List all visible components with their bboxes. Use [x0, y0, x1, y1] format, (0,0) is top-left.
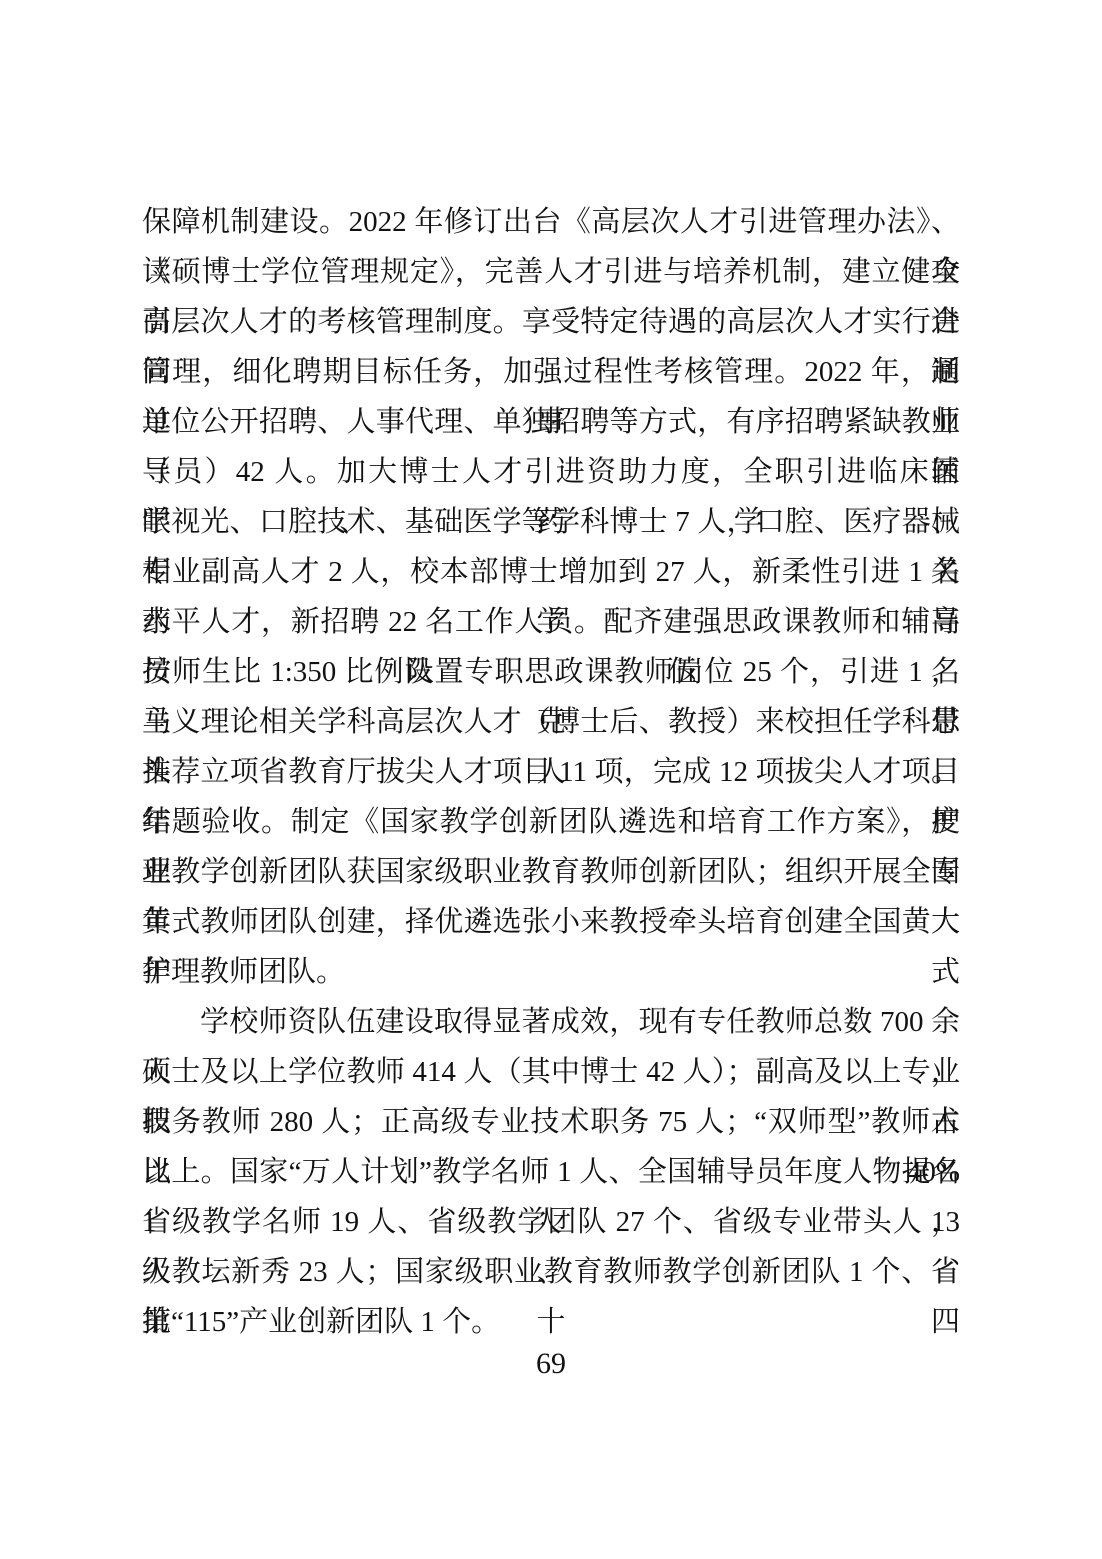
text-line: 眼视光、口腔技术、基础医学等学科博士 7 人，口腔、医疗器械相关: [142, 497, 960, 547]
document-page: 保障机制建设。2022 年修订出台《高层次人才引进管理办法》、《攻读硕博士学位管…: [0, 0, 1102, 1559]
text-line: 读硕博士学位管理规定》，完善人才引进与培养机制，建立健全引进: [142, 247, 960, 297]
text-line: 职务教师 280 人；正高级专业技术职务 75 人；“双师型”教师占比 40%: [142, 1097, 960, 1147]
text-line: 省级教学名师 19 人、省级教学团队 27 个、省级专业带头人 13 人、省: [142, 1197, 960, 1247]
text-line: 结题验收。制定《国家教学创新团队遴选和培育工作方案》，护理专: [142, 797, 960, 847]
text-line: 年式教师团队创建，择优遴选张小来教授牵头培育创建全国黄大年式: [142, 897, 960, 947]
text-line: 专业副高人才 2 人，校本部博士增加到 27 人，新柔性引进 1 名药学高: [142, 547, 960, 597]
text-line: 硕士及以上学位教师 414 人（其中博士 42 人）；副高及以上专业技术: [142, 1047, 960, 1097]
text-line: 高层次人才的考核管理制度。享受特定待遇的高层次人才实行合同制: [142, 297, 960, 347]
text-line: 级教坛新秀 23 人；国家级职业教育教师教学创新团队 1 个、省第十四: [142, 1247, 960, 1297]
text-line: 业教学创新团队获国家级职业教育教师创新团队；组织开展全国黄大: [142, 847, 960, 897]
text-line: 水平人才，新招聘 22 名工作人员。配齐建强思政课教师和辅导员队伍，: [142, 597, 960, 647]
text-line: 保障机制建设。2022 年修订出台《高层次人才引进管理办法》、《攻: [142, 197, 960, 247]
text-line: 按师生比 1:350 比例设置专职思政课教师岗位 25 个，引进 1 名马克思: [142, 647, 960, 697]
text-line: 导员）42 人。加大博士人才引进资助力度，全职引进临床医学、药学、: [142, 447, 960, 497]
document-text: 保障机制建设。2022 年修订出台《高层次人才引进管理办法》、《攻读硕博士学位管…: [142, 197, 960, 1347]
page-number: 69: [0, 1340, 1102, 1388]
text-line: 管理，细化聘期目标任务，加强过程性考核管理。2022 年，通过事业: [142, 347, 960, 397]
text-line: 以上。国家“万人计划”教学名师 1 人、全国辅导员年度人物提名 1 人，: [142, 1147, 960, 1197]
text-line: 主义理论相关学科高层次人才（博士后、教授）来校担任学科带头人。: [142, 697, 960, 747]
text-line: 学校师资队伍建设取得显著成效，现有专任教师总数 700 余人，: [142, 997, 960, 1047]
text-line: 推荐立项省教育厅拔尖人才项目 11 项，完成 12 项拔尖人才项目年度: [142, 747, 960, 797]
text-line: 单位公开招聘、人事代理、单独招聘等方式，有序招聘紧缺教师（辅: [142, 397, 960, 447]
